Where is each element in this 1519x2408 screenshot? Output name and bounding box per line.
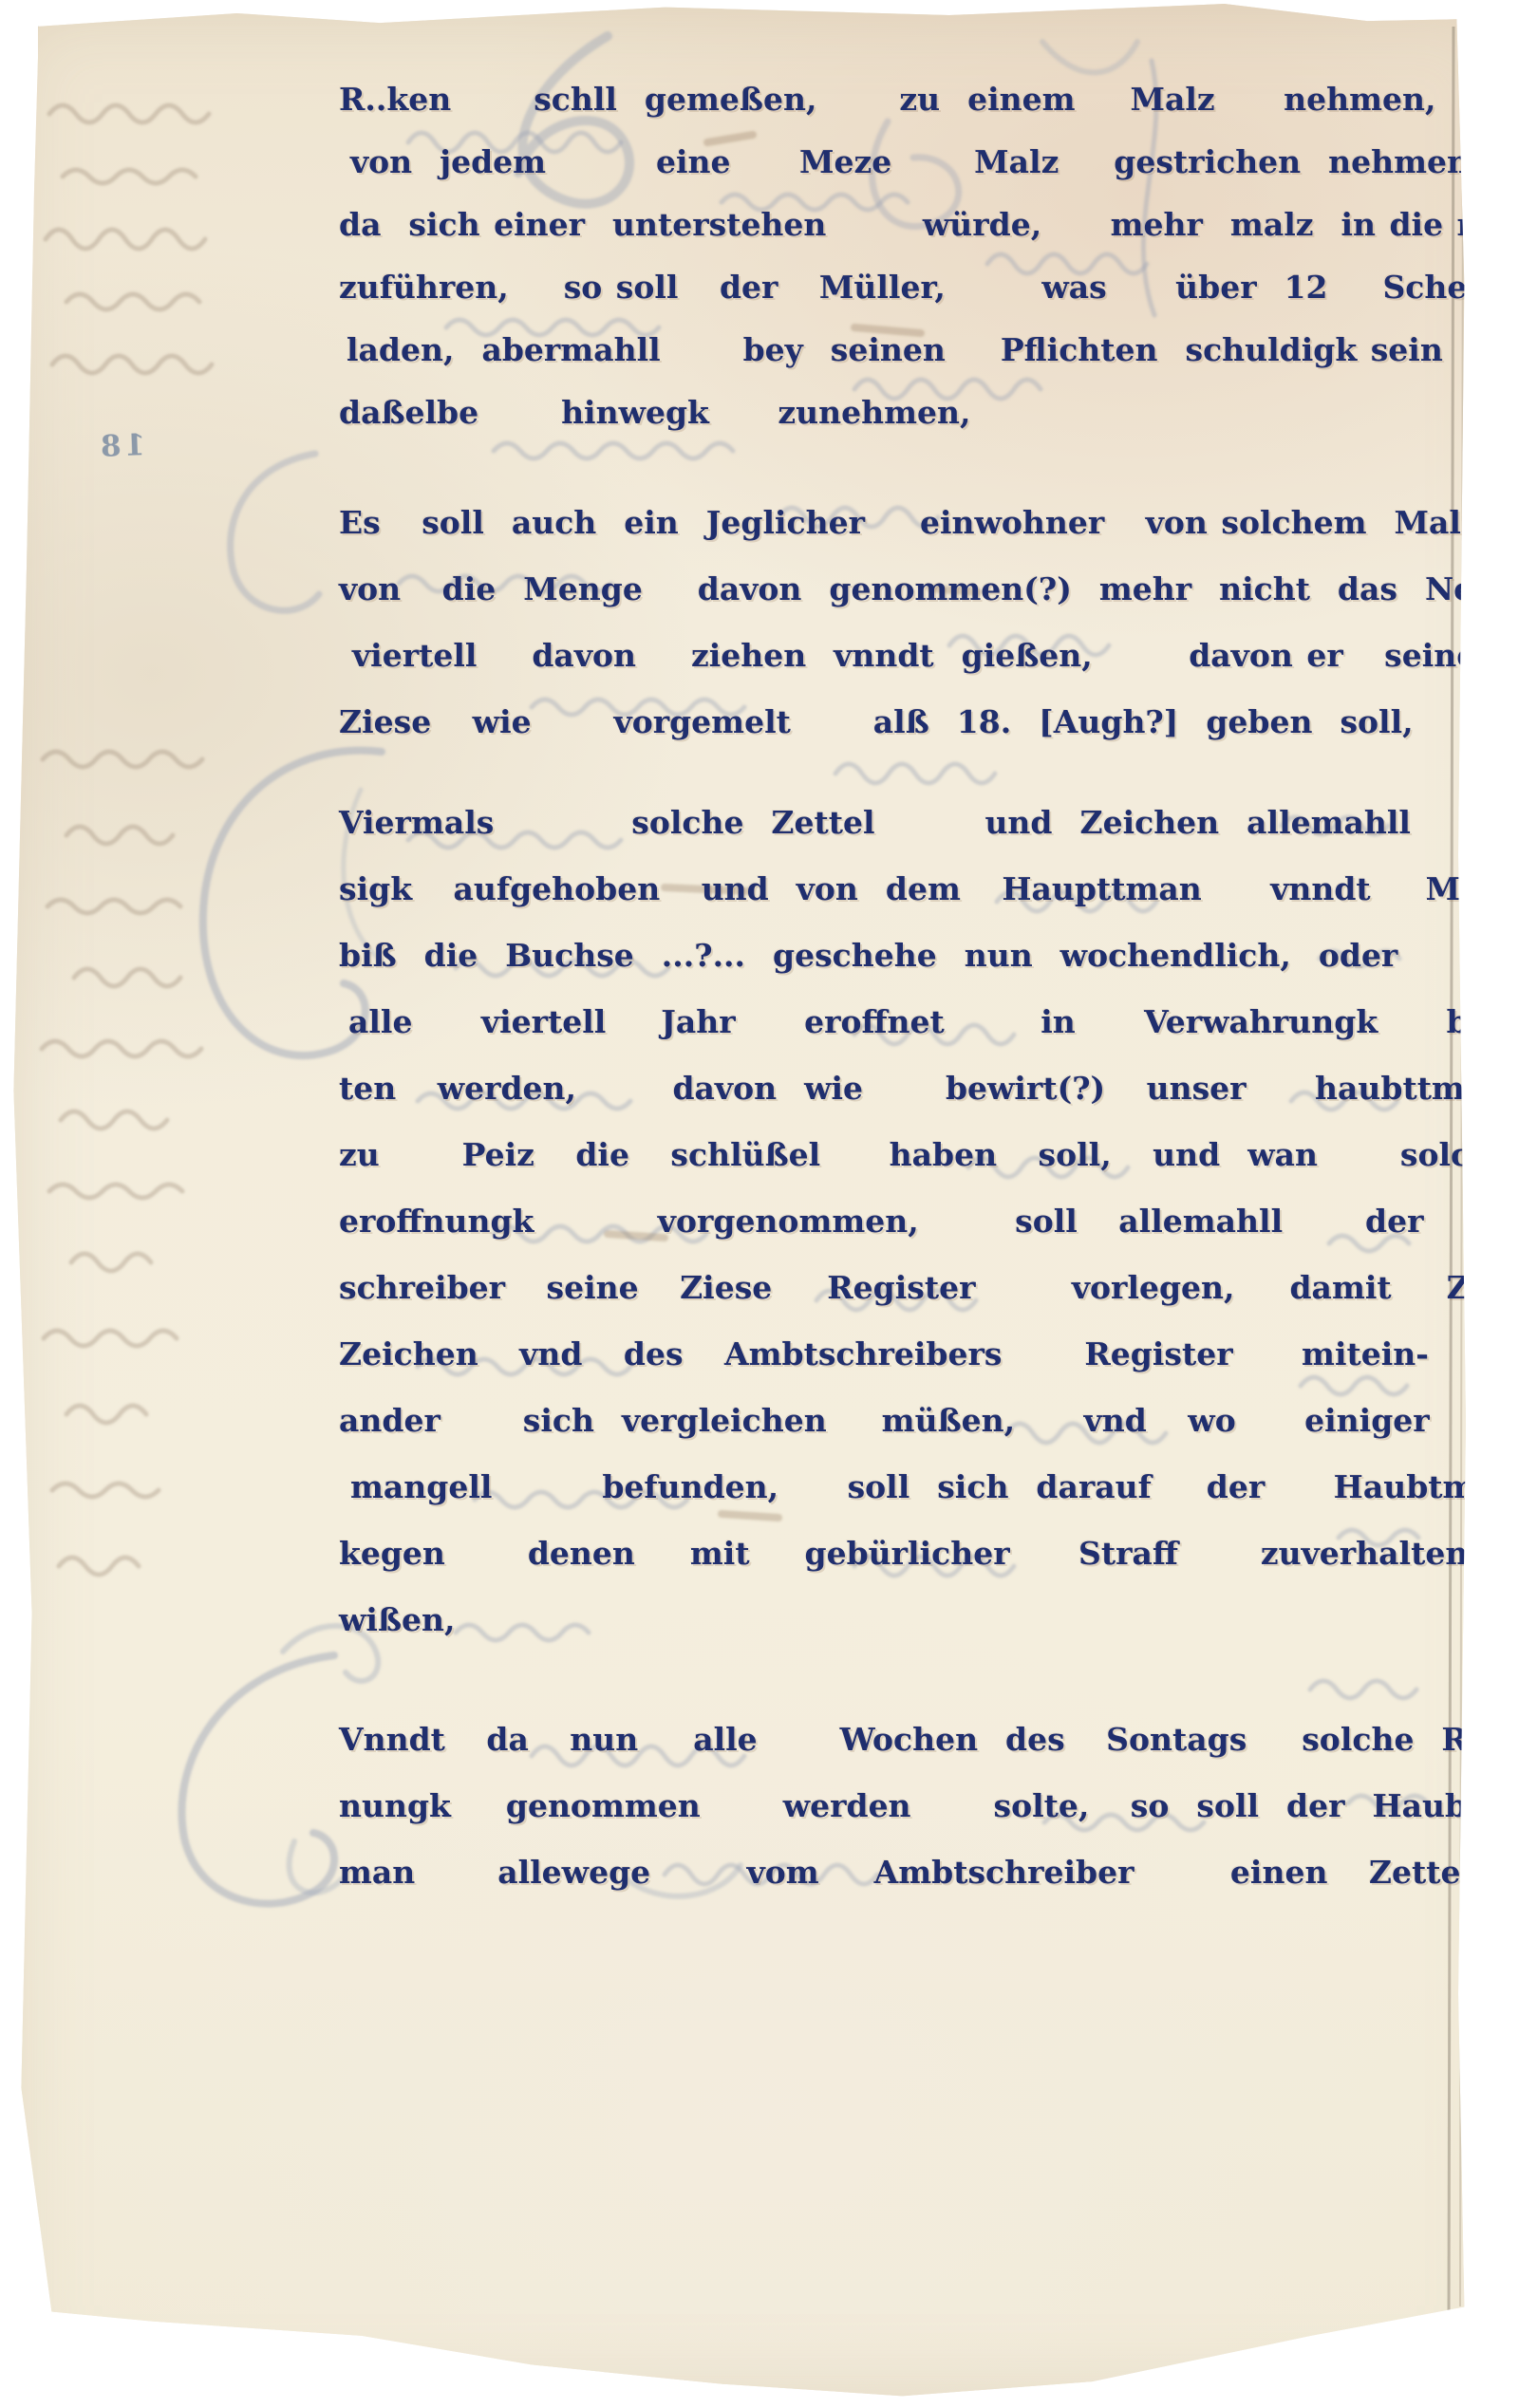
text-line: zuführen, so soll der Müller, was über 1… — [339, 256, 1459, 319]
text-line: alle viertell Jahr eroffnet in Verwahrun… — [348, 989, 1459, 1055]
text-line: kegen denen mit gebürlicher Straff zuver… — [339, 1521, 1459, 1587]
bleedthrough-script — [42, 105, 212, 1575]
text-line: Es soll auch ein Jeglicher einwohner von… — [339, 490, 1459, 556]
text-line: biß die Buchse ...?... geschehe nun woch… — [339, 923, 1459, 989]
text-line: man allewege vom Ambtschreiber einen Zet… — [339, 1839, 1459, 1906]
manuscript-page: 18 R..ken schll gemeßen, zu einem Malz n… — [0, 0, 1519, 2408]
text-line: schreiber seine Ziese Register vorlegen,… — [339, 1255, 1459, 1321]
text-line: R..ken schll gemeßen, zu einem Malz nehm… — [339, 68, 1459, 131]
manuscript-scan: 18 R..ken schll gemeßen, zu einem Malz n… — [0, 0, 1519, 2408]
text-line: wißen, — [339, 1587, 1459, 1653]
page-edge-highlight — [1460, 66, 1463, 2306]
text-line: Zeichen vnd des Ambtschreibers Register … — [339, 1321, 1459, 1388]
text-line: da sich einer unterstehen würde, mehr ma… — [339, 194, 1459, 256]
text-line: zu Peiz die schlüßel haben soll, und wan… — [339, 1122, 1459, 1188]
text-line: mangell befunden, soll sich darauf der H… — [350, 1454, 1459, 1521]
text-line: Ziese wie vorgemelt alß 18. [Augh?] gebe… — [339, 689, 1459, 756]
text-line: eroffnungk vorgenommen, soll allemahll d… — [339, 1188, 1459, 1255]
text-line: Viermals solche Zettel und Zeichen allem… — [339, 790, 1459, 856]
paragraph: Viermals solche Zettel und Zeichen allem… — [339, 790, 1459, 1653]
text-line: ten werden, davon wie bewirt(?) unser ha… — [339, 1055, 1459, 1122]
paragraph: R..ken schll gemeßen, zu einem Malz nehm… — [339, 68, 1459, 444]
text-line: nungk genommen werden solte, so soll der… — [339, 1773, 1459, 1839]
flourish-initial-p2 — [231, 454, 319, 610]
paragraph: Vnndt da nun alle Wochen des Sontags sol… — [339, 1707, 1459, 1906]
corner-mark — [28, 6, 44, 26]
text-line: von die Menge davon genommen(?) mehr nic… — [339, 556, 1459, 623]
text-line: Vnndt da nun alle Wochen des Sontags sol… — [339, 1707, 1459, 1773]
text-line: daßelbe hinwegk zunehmen, — [339, 382, 1459, 444]
text-line: viertell davon ziehen vnndt gießen, davo… — [352, 623, 1459, 689]
page-number-mirrored: 18 — [96, 428, 145, 464]
text-line: von jedem eine Meze Malz gestrichen nehm… — [350, 131, 1459, 194]
transcription-block: R..ken schll gemeßen, zu einem Malz nehm… — [339, 68, 1459, 1906]
text-line: ander sich vergleichen müßen, vnd wo ein… — [339, 1388, 1459, 1454]
flourish-initial-p4 — [182, 1655, 335, 1904]
paragraph: Es soll auch ein Jeglicher einwohner von… — [339, 490, 1459, 756]
text-line: laden, abermahll bey seinen Pflichten sc… — [347, 319, 1459, 382]
text-line: sigk aufgehoben und von dem Haupttman vn… — [339, 856, 1459, 923]
